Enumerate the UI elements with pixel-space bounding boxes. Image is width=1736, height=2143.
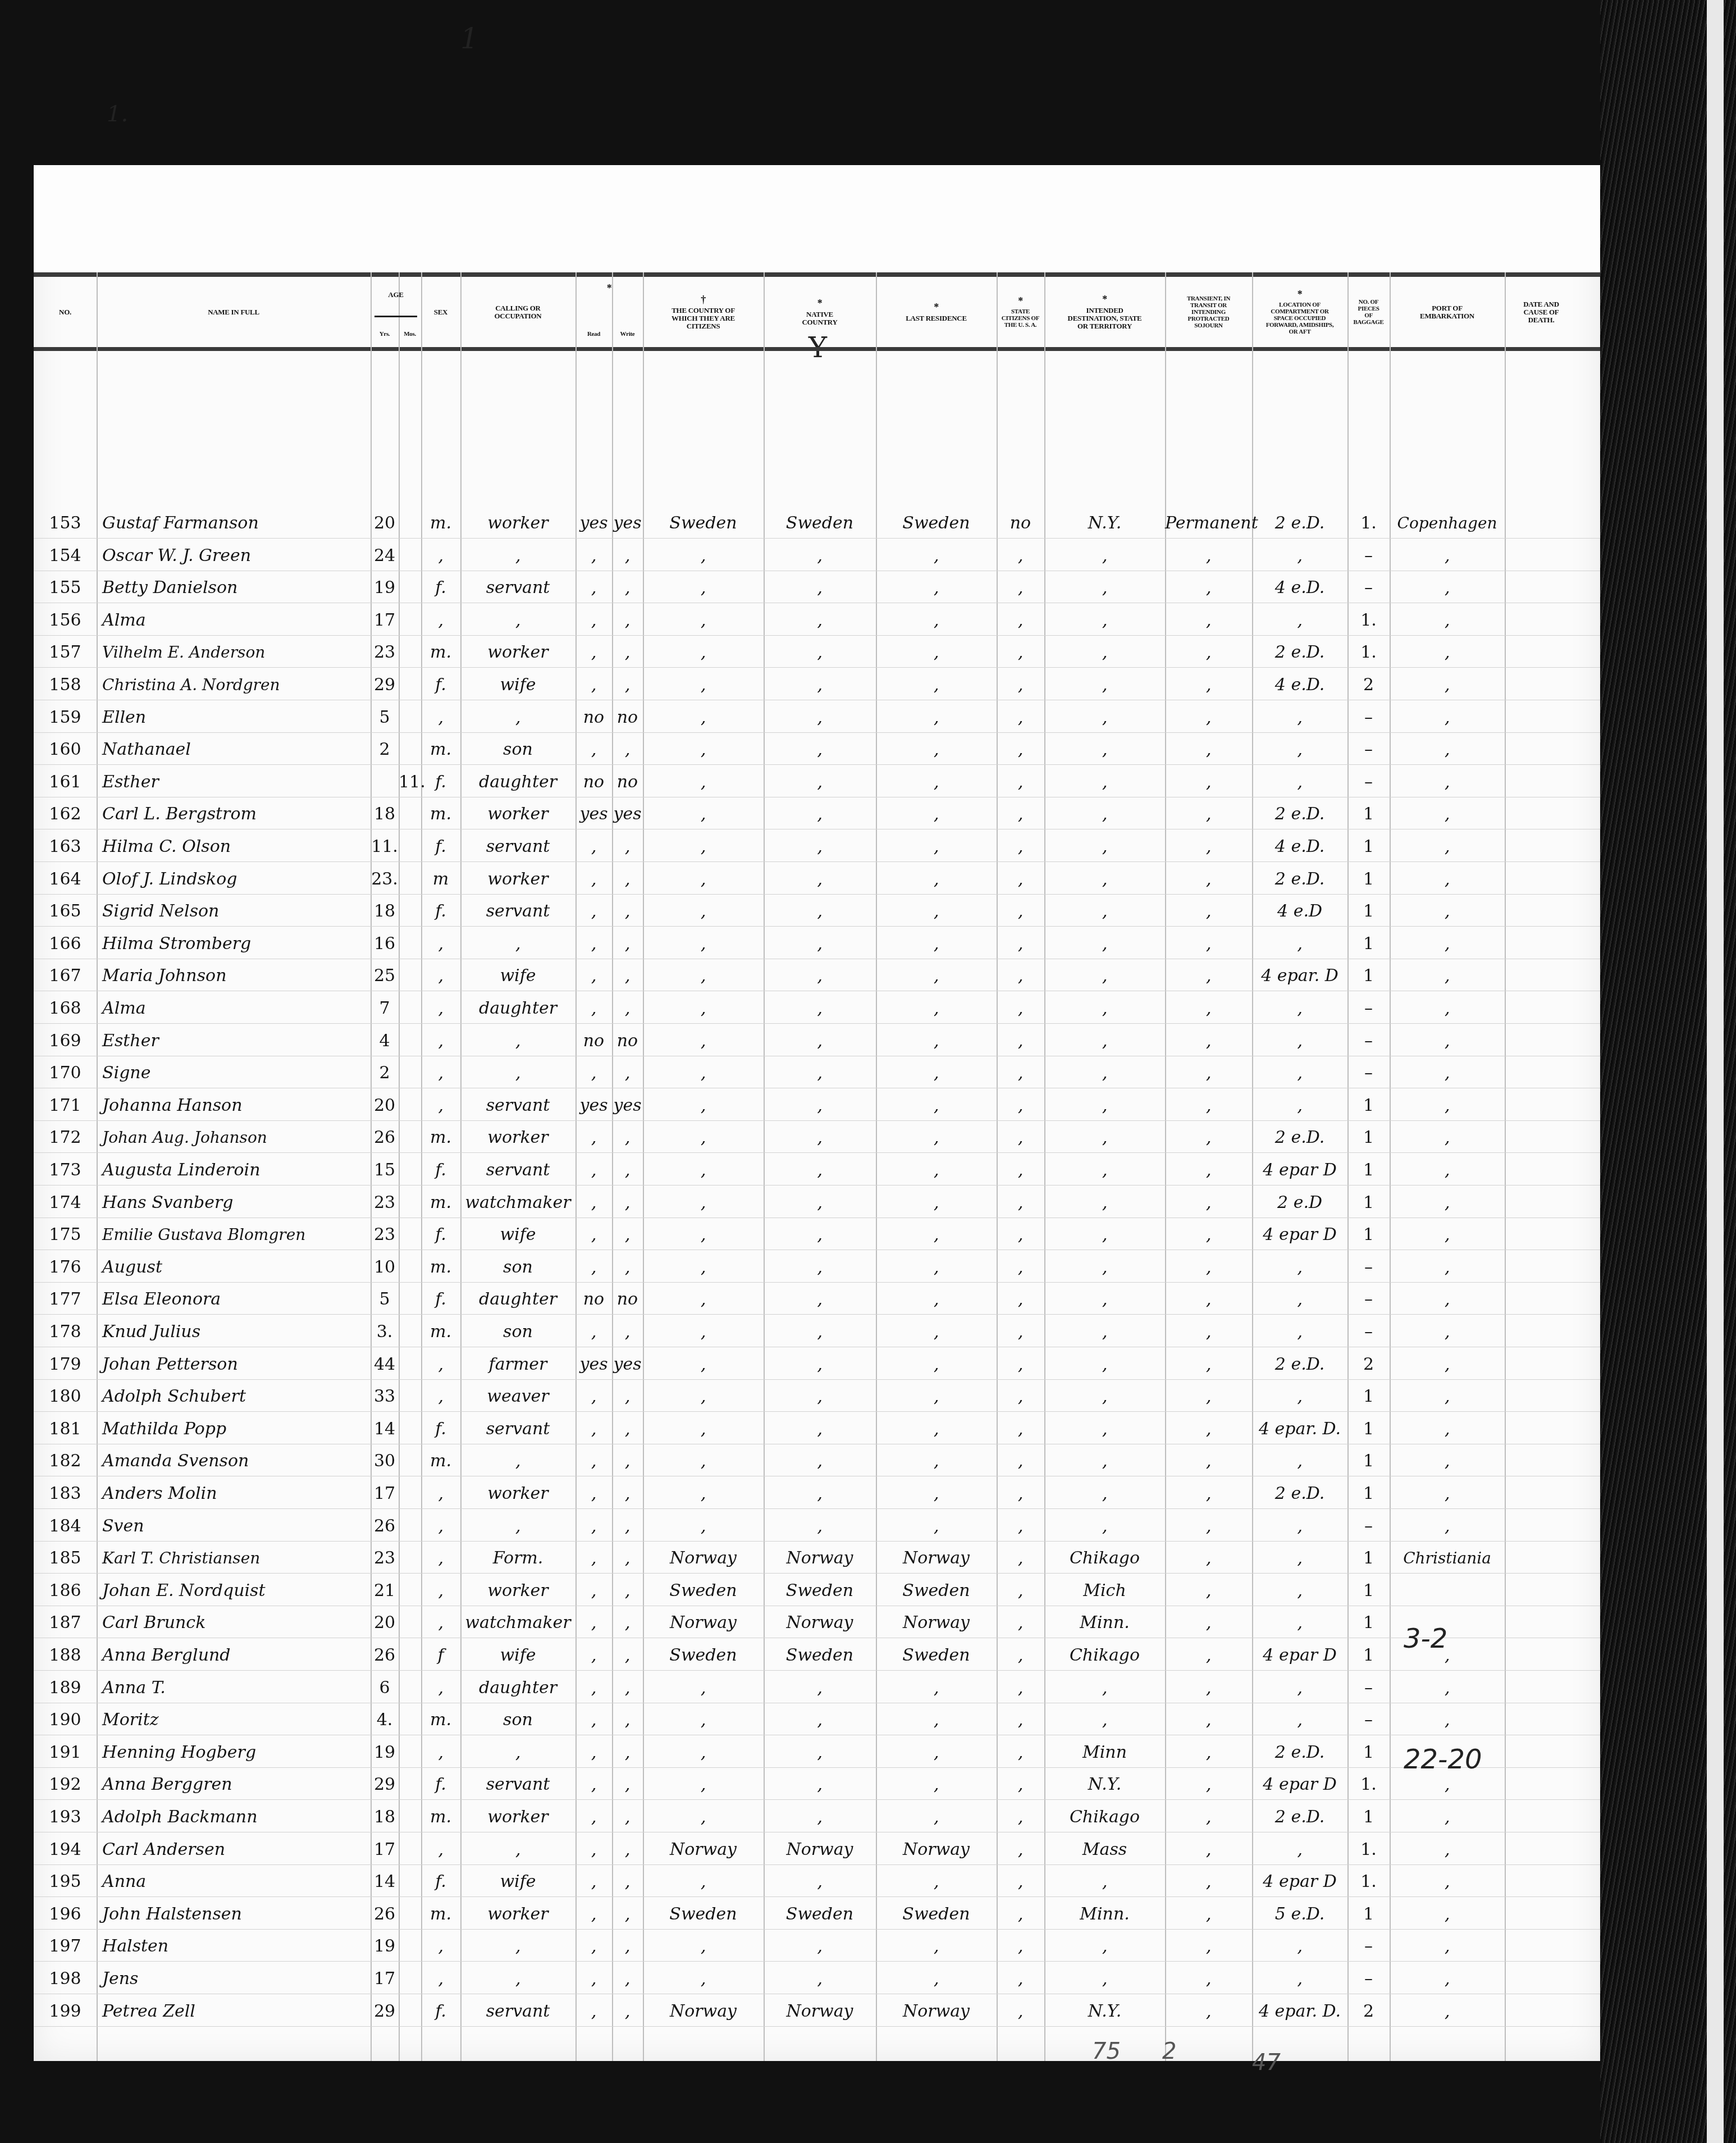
cell-calling: servant — [460, 831, 575, 863]
cell-citizens: Norway — [643, 1996, 764, 2027]
cell-read: yes — [575, 508, 612, 539]
cell-native-country: ‚ — [764, 1672, 876, 1704]
cell-calling: worker — [460, 1478, 575, 1510]
cell-no: 160 — [34, 734, 97, 765]
cell-sex: m — [421, 864, 460, 895]
cell-state-citizen: ‚ — [997, 1899, 1044, 1930]
cell-last-residence: ‚ — [876, 1025, 997, 1057]
cell-sex: m. — [421, 1187, 460, 1219]
cell-destination: ‚ — [1044, 1057, 1165, 1089]
cell-write: ‚ — [612, 1607, 643, 1639]
cell-last-residence: ‚ — [876, 928, 997, 960]
cell-age-mos — [399, 1543, 421, 1574]
cell-location: ‚ — [1252, 1672, 1347, 1704]
cell-baggage: 1. — [1347, 508, 1390, 539]
cell-state-citizen: ‚ — [997, 1252, 1044, 1283]
cell-age-yrs: 20 — [371, 1090, 399, 1121]
cell-write: ‚ — [612, 1187, 643, 1219]
cell-no: 169 — [34, 1025, 97, 1057]
cell-native-country: ‚ — [764, 1090, 876, 1121]
cell-sex: ‚ — [421, 960, 460, 992]
cell-age-yrs: 18 — [371, 799, 399, 830]
cell-state-citizen: ‚ — [997, 1511, 1044, 1542]
cell-destination: N.Y. — [1044, 1769, 1165, 1800]
cell-age-yrs: 2 — [371, 1057, 399, 1089]
cell-age-yrs: 5 — [371, 702, 399, 733]
cell-read: ‚ — [575, 605, 612, 636]
cell-no: 173 — [34, 1155, 97, 1186]
cell-sex: f. — [421, 1219, 460, 1251]
cell-native-country: ‚ — [764, 831, 876, 863]
cell-port: ‚ — [1390, 1284, 1505, 1315]
cell-calling: servant — [460, 1090, 575, 1121]
cell-name: Anna T. — [102, 1672, 371, 1704]
cell-port: ‚ — [1390, 572, 1505, 604]
cell-state-citizen: ‚ — [997, 1090, 1044, 1121]
cell-age-mos — [399, 1575, 421, 1607]
cell-age-yrs: 29 — [371, 1769, 399, 1800]
cell-sex: ‚ — [421, 1381, 460, 1412]
cell-transient: ‚ — [1165, 1704, 1252, 1736]
cell-baggage: – — [1347, 734, 1390, 765]
cell-calling: ‚ — [460, 1511, 575, 1542]
cell-last-residence: ‚ — [876, 637, 997, 668]
cell-destination: Minn. — [1044, 1899, 1165, 1930]
cell-destination: ‚ — [1044, 864, 1165, 895]
cell-location: ‚ — [1252, 1575, 1347, 1607]
cell-write: ‚ — [612, 1446, 643, 1477]
cell-calling: farmer — [460, 1349, 575, 1380]
cell-last-residence: ‚ — [876, 669, 997, 701]
cell-location: ‚ — [1252, 1607, 1347, 1639]
cell-port: ‚ — [1390, 734, 1505, 765]
cell-calling: ‚ — [460, 1931, 575, 1962]
cell-location: 4 epar D — [1252, 1640, 1347, 1671]
cell-name: Esther — [102, 1025, 371, 1057]
cell-baggage: – — [1347, 1252, 1390, 1283]
cell-state-citizen: ‚ — [997, 540, 1044, 572]
cell-calling: wife — [460, 669, 575, 701]
cell-age-yrs: 17 — [371, 1478, 399, 1510]
cell-name: Johan Petterson — [102, 1349, 371, 1380]
cell-destination: Chikago — [1044, 1640, 1165, 1671]
cell-destination: ‚ — [1044, 1219, 1165, 1251]
cell-age-yrs: 23. — [371, 864, 399, 895]
cell-port: ‚ — [1390, 928, 1505, 960]
cell-baggage: – — [1347, 993, 1390, 1024]
cell-read: ‚ — [575, 1446, 612, 1477]
cell-native-country: ‚ — [764, 1704, 876, 1736]
cell-age-mos — [399, 864, 421, 895]
header-no: No. — [34, 278, 97, 346]
cell-age-yrs: 2 — [371, 734, 399, 765]
cell-transient: ‚ — [1165, 1511, 1252, 1542]
cell-write: ‚ — [612, 1931, 643, 1962]
cell-port: ‚ — [1390, 1996, 1505, 2027]
cell-state-citizen: ‚ — [997, 1737, 1044, 1768]
cell-destination: ‚ — [1044, 1122, 1165, 1153]
header-read-write-mark: * — [575, 278, 643, 300]
cell-age-yrs: 33 — [371, 1381, 399, 1412]
cell-transient: ‚ — [1165, 1607, 1252, 1639]
cell-name: Amanda Svenson — [102, 1446, 371, 1477]
cell-location: ‚ — [1252, 767, 1347, 798]
cell-baggage: 1 — [1347, 1090, 1390, 1121]
cell-destination: ‚ — [1044, 799, 1165, 830]
cell-age-yrs: 19 — [371, 1931, 399, 1962]
cell-baggage: – — [1347, 572, 1390, 604]
cell-no: 185 — [34, 1543, 97, 1574]
cell-native-country: ‚ — [764, 1963, 876, 1995]
cell-calling: worker — [460, 1575, 575, 1607]
cell-sex: m. — [421, 508, 460, 539]
cell-location: ‚ — [1252, 1057, 1347, 1089]
cell-no: 198 — [34, 1963, 97, 1995]
cell-location: 4 e.D. — [1252, 572, 1347, 604]
cell-native-country: ‚ — [764, 605, 876, 636]
cell-last-residence: Sweden — [876, 1575, 997, 1607]
cell-destination: ‚ — [1044, 767, 1165, 798]
cell-age-yrs: 23 — [371, 637, 399, 668]
cell-baggage: 1 — [1347, 1381, 1390, 1412]
cell-no: 192 — [34, 1769, 97, 1800]
footer-tally-a: 75 — [1092, 2039, 1121, 2064]
cell-no: 190 — [34, 1704, 97, 1736]
cell-transient: ‚ — [1165, 1866, 1252, 1898]
cell-transient: ‚ — [1165, 540, 1252, 572]
cell-baggage: 2 — [1347, 1996, 1390, 2027]
cell-destination: Minn. — [1044, 1607, 1165, 1639]
cell-location: ‚ — [1252, 928, 1347, 960]
cell-age-yrs: 7 — [371, 993, 399, 1024]
cell-age-yrs: 6 — [371, 1672, 399, 1704]
cell-sex: ‚ — [421, 1575, 460, 1607]
cell-destination: ‚ — [1044, 572, 1165, 604]
cell-age-yrs: 19 — [371, 1737, 399, 1768]
cell-transient: ‚ — [1165, 1672, 1252, 1704]
cell-state-citizen: ‚ — [997, 1963, 1044, 1995]
cell-citizens: ‚ — [643, 572, 764, 604]
cell-baggage: 2 — [1347, 1349, 1390, 1380]
cell-last-residence: ‚ — [876, 960, 997, 992]
cell-name: Augusta Linderoin — [102, 1155, 371, 1186]
cell-transient: ‚ — [1165, 767, 1252, 798]
cell-read: ‚ — [575, 1414, 612, 1445]
cell-location: 2 e.D. — [1252, 637, 1347, 668]
cell-write: ‚ — [612, 637, 643, 668]
cell-sex: f. — [421, 669, 460, 701]
cell-state-citizen: ‚ — [997, 1640, 1044, 1671]
cell-age-mos — [399, 1316, 421, 1348]
cell-read: ‚ — [575, 1704, 612, 1736]
cell-destination: ‚ — [1044, 1414, 1165, 1445]
cell-sex: ‚ — [421, 1478, 460, 1510]
cell-age-yrs: 29 — [371, 1996, 399, 2027]
cell-transient: ‚ — [1165, 734, 1252, 765]
cell-write: ‚ — [612, 1511, 643, 1542]
cell-read: ‚ — [575, 1316, 612, 1348]
cell-sex: ‚ — [421, 1834, 460, 1866]
cell-state-citizen: ‚ — [997, 1931, 1044, 1962]
cell-calling: daughter — [460, 993, 575, 1024]
cell-calling: ‚ — [460, 1057, 575, 1089]
cell-port: ‚ — [1390, 1672, 1505, 1704]
cell-no: 179 — [34, 1349, 97, 1380]
header-destination: *INTENDED DESTINATION, STATE OR TERRITOR… — [1044, 278, 1165, 346]
cell-age-yrs: 17 — [371, 1834, 399, 1866]
cell-read: ‚ — [575, 1996, 612, 2027]
cell-baggage: 1 — [1347, 864, 1390, 895]
cell-baggage: – — [1347, 1672, 1390, 1704]
cell-write: ‚ — [612, 831, 643, 863]
cell-port: ‚ — [1390, 993, 1505, 1024]
cell-transient: ‚ — [1165, 896, 1252, 927]
cell-citizens: Sweden — [643, 1899, 764, 1930]
cell-read: ‚ — [575, 928, 612, 960]
cell-last-residence: ‚ — [876, 767, 997, 798]
cell-native-country: ‚ — [764, 1511, 876, 1542]
cell-name: Sven — [102, 1511, 371, 1542]
cell-transient: ‚ — [1165, 605, 1252, 636]
header-state-citizens: *STATE CITIZENS OF THE U. S. A. — [997, 278, 1044, 346]
cell-port: ‚ — [1390, 1446, 1505, 1477]
cell-age-yrs: 26 — [371, 1511, 399, 1542]
cell-read: no — [575, 1025, 612, 1057]
cell-transient: ‚ — [1165, 1057, 1252, 1089]
cell-sex: m. — [421, 799, 460, 830]
cell-state-citizen: ‚ — [997, 1155, 1044, 1186]
cell-destination: ‚ — [1044, 1090, 1165, 1121]
cell-write: ‚ — [612, 605, 643, 636]
cell-no: 167 — [34, 960, 97, 992]
cell-age-mos — [399, 1511, 421, 1542]
cell-state-citizen: ‚ — [997, 1025, 1044, 1057]
cell-calling: worker — [460, 508, 575, 539]
cell-baggage: 1 — [1347, 831, 1390, 863]
cell-no: 183 — [34, 1478, 97, 1510]
cell-name: Betty Danielson — [102, 572, 371, 604]
cell-write: ‚ — [612, 1057, 643, 1089]
cell-calling: watchmaker — [460, 1607, 575, 1639]
cell-native-country: ‚ — [764, 734, 876, 765]
cell-calling: son — [460, 734, 575, 765]
cell-sex: ‚ — [421, 1349, 460, 1380]
cell-name: John Halstensen — [102, 1899, 371, 1930]
cell-location: 2 e.D. — [1252, 1122, 1347, 1153]
cell-write: ‚ — [612, 1155, 643, 1186]
cell-age-mos — [399, 928, 421, 960]
header-sex: SEX — [421, 278, 460, 346]
header-port: PORT OF EMBARKATION — [1390, 278, 1505, 346]
cell-age-yrs: 14 — [371, 1414, 399, 1445]
cell-native-country: ‚ — [764, 540, 876, 572]
cell-port: ‚ — [1390, 1252, 1505, 1283]
cell-port: ‚ — [1390, 1057, 1505, 1089]
cell-destination: ‚ — [1044, 1187, 1165, 1219]
cell-state-citizen: ‚ — [997, 605, 1044, 636]
cell-name: Gustaf Farmanson — [102, 508, 371, 539]
age-underline — [374, 316, 417, 317]
cell-port: ‚ — [1390, 1899, 1505, 1930]
cell-port: ‚ — [1390, 637, 1505, 668]
header-citizens: †THE COUNTRY OF WHICH THEY ARE CITIZENS — [643, 278, 764, 346]
cell-write: ‚ — [612, 1414, 643, 1445]
cell-sex: f. — [421, 1414, 460, 1445]
cell-location: 4 epar D — [1252, 1866, 1347, 1898]
cell-location: 2 e.D. — [1252, 1737, 1347, 1768]
cell-age-yrs: 16 — [371, 928, 399, 960]
cell-name: Signe — [102, 1057, 371, 1089]
cell-state-citizen: ‚ — [997, 1802, 1044, 1833]
cell-state-citizen: ‚ — [997, 1478, 1044, 1510]
cell-location: ‚ — [1252, 1090, 1347, 1121]
cell-name: Olof J. Lindskog — [102, 864, 371, 895]
footer-tally-b: 2 — [1162, 2039, 1176, 2064]
cell-read: ‚ — [575, 1543, 612, 1574]
cell-citizens: ‚ — [643, 1866, 764, 1898]
cell-calling: ‚ — [460, 1834, 575, 1866]
cell-citizens: ‚ — [643, 896, 764, 927]
cell-age-mos — [399, 1155, 421, 1186]
cell-sex: m. — [421, 1252, 460, 1283]
cell-transient: ‚ — [1165, 637, 1252, 668]
cell-write: yes — [612, 508, 643, 539]
cell-calling: Form. — [460, 1543, 575, 1574]
cell-destination: Mich — [1044, 1575, 1165, 1607]
cell-no: 196 — [34, 1899, 97, 1930]
cell-destination: ‚ — [1044, 1931, 1165, 1962]
cell-name: Sigrid Nelson — [102, 896, 371, 927]
cell-citizens: ‚ — [643, 928, 764, 960]
cell-age-yrs: 14 — [371, 1866, 399, 1898]
cell-age-mos — [399, 960, 421, 992]
cell-age-mos — [399, 1672, 421, 1704]
cell-read: ‚ — [575, 1252, 612, 1283]
cell-name: Vilhelm E. Anderson — [102, 637, 371, 668]
cell-age-mos — [399, 1252, 421, 1283]
cell-sex: ‚ — [421, 928, 460, 960]
cell-write: ‚ — [612, 1672, 643, 1704]
cell-write: ‚ — [612, 1834, 643, 1866]
cell-age-yrs: 23 — [371, 1543, 399, 1574]
cell-write: ‚ — [612, 1381, 643, 1412]
cell-baggage: 1 — [1347, 1607, 1390, 1639]
header-age-yrs: Yrs. — [371, 326, 399, 343]
cell-age-mos — [399, 1931, 421, 1962]
cell-read: ‚ — [575, 1478, 612, 1510]
cell-native-country: ‚ — [764, 1122, 876, 1153]
cell-state-citizen: ‚ — [997, 572, 1044, 604]
cell-citizens: ‚ — [643, 605, 764, 636]
cell-no: 199 — [34, 1996, 97, 2027]
cell-location: 4 epar D — [1252, 1769, 1347, 1800]
cell-location: ‚ — [1252, 702, 1347, 733]
cell-write: ‚ — [612, 734, 643, 765]
header-baggage: NO. OF PIECES OF BAGGAGE — [1347, 278, 1390, 346]
cell-native-country: ‚ — [764, 1446, 876, 1477]
cell-read: ‚ — [575, 1899, 612, 1930]
cell-citizens: Norway — [643, 1607, 764, 1639]
cell-last-residence: ‚ — [876, 1090, 997, 1121]
cell-location: 2 e.D. — [1252, 1802, 1347, 1833]
cell-name: Carl L. Bergstrom — [102, 799, 371, 830]
cell-native-country: ‚ — [764, 1381, 876, 1412]
cell-age-mos — [399, 1414, 421, 1445]
cell-location: 4 epar D — [1252, 1155, 1347, 1186]
cell-port: ‚ — [1390, 1931, 1505, 1962]
cell-last-residence: ‚ — [876, 1381, 997, 1412]
cell-read: ‚ — [575, 1834, 612, 1866]
cell-citizens: ‚ — [643, 1025, 764, 1057]
cell-transient: ‚ — [1165, 799, 1252, 830]
cell-age-mos — [399, 572, 421, 604]
cell-state-citizen: ‚ — [997, 1381, 1044, 1412]
cell-state-citizen: ‚ — [997, 831, 1044, 863]
header-native: *NATIVE COUNTRY — [764, 278, 876, 346]
cell-write: ‚ — [612, 993, 643, 1024]
cell-read: ‚ — [575, 1607, 612, 1639]
cell-age-yrs: 3. — [371, 1316, 399, 1348]
cell-calling: worker — [460, 799, 575, 830]
cell-baggage: 1 — [1347, 1187, 1390, 1219]
cell-port: ‚ — [1390, 540, 1505, 572]
cell-name: Petrea Zell — [102, 1996, 371, 2027]
cell-port: ‚ — [1390, 669, 1505, 701]
cell-name: Maria Johnson — [102, 960, 371, 992]
cell-age-mos — [399, 1057, 421, 1089]
cell-age-yrs: 19 — [371, 572, 399, 604]
cell-transient: ‚ — [1165, 1122, 1252, 1153]
cell-native-country: ‚ — [764, 669, 876, 701]
cell-age-mos — [399, 1090, 421, 1121]
cell-read: ‚ — [575, 1802, 612, 1833]
cell-native-country: ‚ — [764, 1057, 876, 1089]
cell-transient: ‚ — [1165, 572, 1252, 604]
cell-age-yrs: 21 — [371, 1575, 399, 1607]
cell-sex: m. — [421, 637, 460, 668]
cell-age-mos — [399, 1834, 421, 1866]
cell-baggage: 1 — [1347, 1899, 1390, 1930]
cell-citizens: ‚ — [643, 799, 764, 830]
cell-citizens: ‚ — [643, 669, 764, 701]
cell-calling: servant — [460, 1414, 575, 1445]
cell-age-mos — [399, 1025, 421, 1057]
cell-last-residence: ‚ — [876, 864, 997, 895]
cell-sex: ‚ — [421, 1057, 460, 1089]
cell-citizens: ‚ — [643, 1187, 764, 1219]
cell-port: ‚ — [1390, 1414, 1505, 1445]
cell-sex: m. — [421, 1802, 460, 1833]
cell-last-residence: ‚ — [876, 1737, 997, 1768]
cell-read: ‚ — [575, 896, 612, 927]
cell-last-residence: ‚ — [876, 572, 997, 604]
cell-last-residence: ‚ — [876, 1963, 997, 1995]
cell-read: ‚ — [575, 1219, 612, 1251]
cell-destination: ‚ — [1044, 1252, 1165, 1283]
cell-write: ‚ — [612, 960, 643, 992]
cell-sex: ‚ — [421, 1511, 460, 1542]
header-rule-bottom — [34, 347, 1600, 351]
cell-last-residence: ‚ — [876, 1802, 997, 1833]
cell-name: Jens — [102, 1963, 371, 1995]
cell-location: ‚ — [1252, 540, 1347, 572]
cell-calling: servant — [460, 1155, 575, 1186]
cell-sex: ‚ — [421, 993, 460, 1024]
cell-calling: ‚ — [460, 702, 575, 733]
cell-read: ‚ — [575, 1866, 612, 1898]
cell-age-mos — [399, 669, 421, 701]
cell-name: Johanna Hanson — [102, 1090, 371, 1121]
